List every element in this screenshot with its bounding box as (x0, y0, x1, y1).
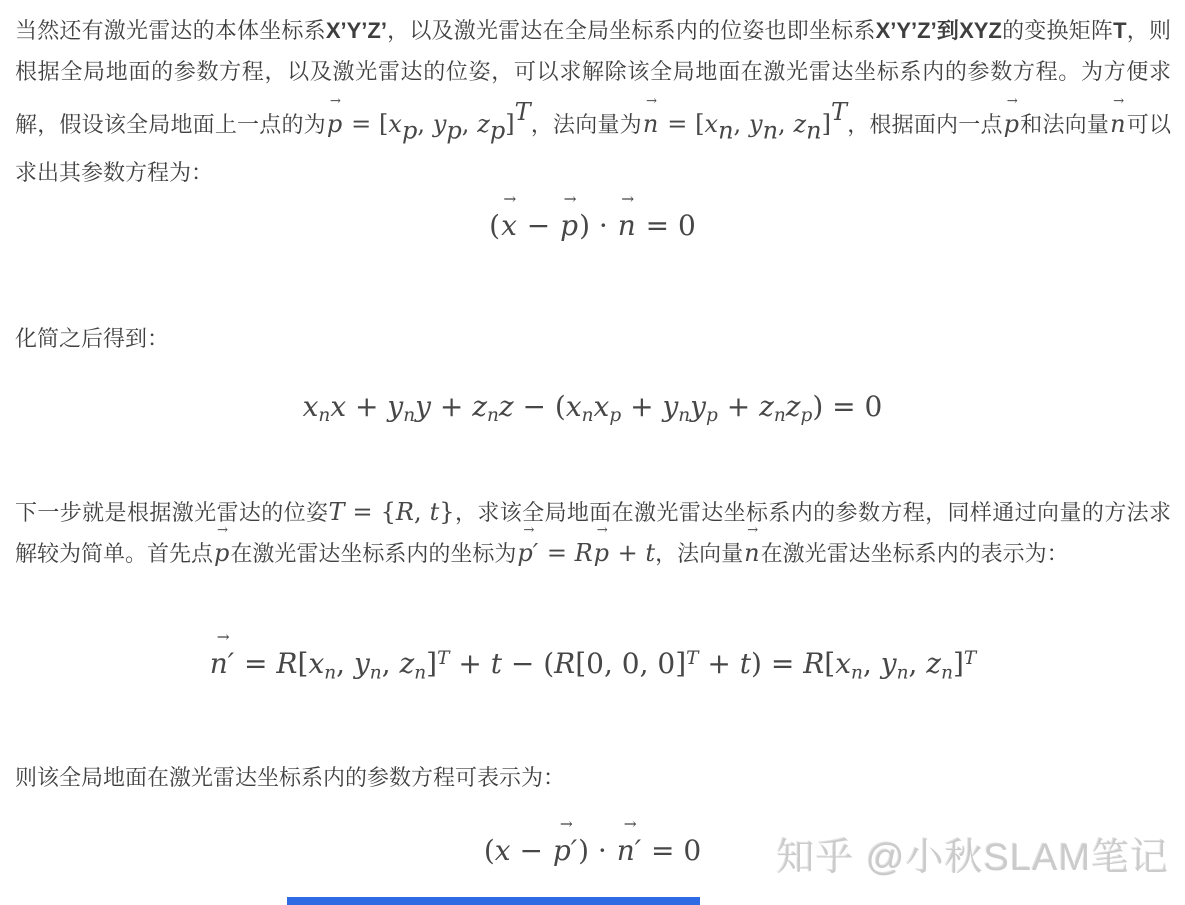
math-run: z (759, 390, 774, 423)
math-run: − (518, 209, 559, 242)
text-run: X’Y’Z’到XYZ (876, 18, 1002, 43)
math-run: z (472, 390, 487, 423)
math-run: + (621, 390, 662, 423)
math-run: + (610, 539, 645, 567)
vector-symbol: p (594, 539, 609, 567)
vector-symbol: p (560, 209, 578, 242)
math-run: t (645, 539, 655, 567)
math-run: y (662, 390, 678, 423)
text-run: 当然还有激光雷达的本体坐标系 (15, 18, 326, 43)
math-run: z (499, 390, 514, 423)
math-run: ( (489, 209, 500, 242)
vector-symbol: x (501, 209, 517, 242)
math-run: = 0 (637, 209, 696, 242)
vector-symbol: n′ (210, 647, 234, 680)
math-run: ) · (578, 834, 616, 867)
vector-symbol: p′ (517, 539, 538, 567)
math-run: →n′ (209, 641, 235, 687)
paragraph-conclusion: 则该全局地面在激光雷达坐标系内的参数方程可表示为： (15, 757, 1171, 798)
math-run: x (495, 834, 511, 867)
equation-plane-expanded: xnx + yny + znz − (xnxp + ynyp + znzp) =… (0, 384, 1185, 439)
math-run: } (439, 498, 454, 526)
math-run: n (763, 117, 778, 145)
math-run: t (430, 498, 440, 526)
math-run: x (330, 390, 346, 423)
math-run: z (477, 110, 490, 138)
text-run: 下一步就是根据激光雷达的位姿 (15, 500, 328, 525)
math-run: y (881, 647, 897, 680)
math-run: t (740, 647, 751, 680)
math-run: + (431, 390, 472, 423)
math-run: , (462, 110, 477, 138)
vector-arrow-icon: → (646, 95, 657, 108)
text-run: 则该全局地面在激光雷达坐标系内的参数方程可表示为： (15, 765, 565, 790)
math-run: ] (426, 647, 437, 680)
math-run: y (415, 390, 431, 423)
math-run: x (594, 390, 610, 423)
math-run: x (388, 110, 402, 138)
equation-normal-transform: →n′ = R[xn, yn, zn]T + t − (R[0, 0, 0]T … (0, 636, 1185, 696)
vector-arrow-icon: → (560, 817, 573, 832)
math-run: R (276, 647, 297, 680)
math-run: , (734, 110, 749, 138)
math-run: p (446, 117, 461, 145)
math-run: →n (743, 533, 760, 574)
math-run: [ (298, 647, 309, 680)
math-run: T (515, 98, 531, 126)
math-run: + (698, 647, 739, 680)
math-run: , (417, 110, 432, 138)
math-run: ] (505, 110, 514, 138)
math-run: ] (822, 110, 831, 138)
vector-symbol: n (1110, 110, 1125, 138)
text-run: T (1113, 18, 1126, 43)
vector-arrow-icon: → (330, 95, 341, 108)
math-run: = (539, 539, 574, 567)
math-run: ) · (579, 209, 617, 242)
math-run: z (400, 647, 415, 680)
math-run: + (449, 647, 490, 680)
math-run: = 0 (642, 834, 701, 867)
math-run: T (686, 648, 698, 669)
math-run: y (433, 110, 447, 138)
math-run: , (336, 647, 354, 680)
math-run: = [ (343, 110, 388, 138)
vector-arrow-icon: → (564, 192, 577, 207)
math-run: n (941, 662, 953, 683)
math-run: n (851, 662, 863, 683)
math-run: y (690, 390, 706, 423)
math-run: n (403, 405, 415, 426)
vector-symbol: p′ (553, 834, 577, 867)
vector-symbol: n (744, 539, 759, 567)
math-run: y (749, 110, 763, 138)
math-run: p (706, 405, 718, 426)
math-run: = (235, 647, 276, 680)
math-run: R (575, 539, 593, 567)
math-run: n (370, 662, 382, 683)
equation-plane-vector-form: (→x − →p) · →n = 0 (0, 203, 1185, 249)
vector-symbol: p (214, 539, 229, 567)
math-run: →p (559, 203, 579, 249)
vector-symbol: n′ (617, 834, 641, 867)
text-run: ，法向量为 (531, 112, 642, 137)
text-run: 在激光雷达坐标系内的表示为： (761, 541, 1069, 566)
math-run: →x (500, 203, 518, 249)
math-run: = { (344, 498, 395, 526)
math-run: n (324, 662, 336, 683)
vector-arrow-icon: → (1007, 95, 1018, 108)
math-run: R (396, 498, 414, 526)
math-run: = [ (659, 110, 704, 138)
math-run: z (926, 647, 941, 680)
math-run: →p (1003, 104, 1020, 145)
math-run: n (582, 405, 594, 426)
math-run: [ (824, 647, 835, 680)
vector-symbol: n (618, 209, 636, 242)
math-run: →n (642, 104, 659, 145)
math-run: ] (953, 647, 964, 680)
math-run: n (678, 405, 690, 426)
text-run: ，以及激光雷达在全局坐标系内的位姿也即坐标系 (387, 18, 876, 43)
math-run: T (437, 648, 449, 669)
math-run: T (328, 498, 344, 526)
math-run: p (402, 117, 417, 145)
vector-arrow-icon: → (217, 630, 230, 645)
vector-symbol: p (327, 110, 342, 138)
paragraph-intro: 当然还有激光雷达的本体坐标系X’Y’Z’，以及激光雷达在全局坐标系内的位姿也即坐… (15, 10, 1171, 193)
math-run: + (346, 390, 387, 423)
math-run: p (609, 405, 621, 426)
math-run: , (414, 498, 430, 526)
math-run: y (387, 390, 403, 423)
math-run: x (835, 647, 851, 680)
math-run: n (414, 662, 426, 683)
math-run: z (786, 390, 801, 423)
math-run: T (831, 98, 847, 126)
math-run: t (491, 647, 502, 680)
bottom-blue-bar (287, 897, 700, 905)
math-run: ) = (751, 647, 803, 680)
math-run: , (863, 647, 881, 680)
text-run: X’Y’Z’ (326, 18, 387, 43)
vector-symbol: p (1004, 110, 1019, 138)
text-run: 的变换矩阵 (1002, 18, 1113, 43)
math-run: →p (593, 533, 610, 574)
math-run: n (718, 117, 733, 145)
text-run: 化简之后得到： (15, 326, 169, 351)
math-run: →p (326, 104, 343, 145)
vector-arrow-icon: → (597, 524, 608, 537)
math-run: x (705, 110, 719, 138)
math-run: x (566, 390, 582, 423)
math-run: →n′ (616, 828, 642, 874)
math-run: , (778, 110, 793, 138)
vector-arrow-icon: → (624, 817, 637, 832)
text-run: 在激光雷达坐标系内的坐标为 (230, 541, 516, 566)
math-run: n (487, 405, 499, 426)
math-run: y (354, 647, 370, 680)
math-run: T (964, 648, 976, 669)
text-run: ，根据面内一点 (847, 112, 1003, 137)
math-run: − ( (514, 390, 566, 423)
math-run: x (303, 390, 319, 423)
math-run: − (511, 834, 552, 867)
vector-symbol: n (643, 110, 658, 138)
math-run: [0, 0, 0] (575, 647, 686, 680)
vector-arrow-icon: → (747, 524, 758, 537)
math-run: R (803, 647, 824, 680)
paragraph-next-step: 下一步就是根据激光雷达的位姿T = {R, t}，求该全局地面在激光雷达坐标系内… (15, 492, 1171, 574)
math-run: n (806, 117, 821, 145)
zhihu-watermark: 知乎 @小秋SLAM笔记 (776, 836, 1169, 880)
math-run: p (801, 405, 813, 426)
math-run: n (774, 405, 786, 426)
math-run: + (718, 390, 759, 423)
math-run: ) = 0 (812, 390, 882, 423)
math-run: →n (617, 203, 637, 249)
math-run: →p′ (552, 828, 578, 874)
math-run: ( (484, 834, 495, 867)
text-run: ，法向量 (655, 541, 743, 566)
paragraph-simplify: 化简之后得到： (15, 318, 1171, 359)
math-run: − ( (502, 647, 554, 680)
math-run: p (490, 117, 505, 145)
math-run: →n (1109, 104, 1126, 145)
math-run: R (554, 647, 575, 680)
math-run: →p′ (516, 533, 539, 574)
math-run: n (318, 405, 330, 426)
vector-arrow-icon: → (621, 192, 634, 207)
article-page: 当然还有激光雷达的本体坐标系X’Y’Z’，以及激光雷达在全局坐标系内的位姿也即坐… (0, 0, 1185, 905)
math-run: , (382, 647, 400, 680)
vector-arrow-icon: → (1113, 95, 1124, 108)
math-run: z (794, 110, 807, 138)
text-run: 和法向量 (1020, 112, 1109, 137)
vector-arrow-icon: → (523, 524, 534, 537)
math-run: , (908, 647, 926, 680)
math-run: →p (213, 533, 230, 574)
vector-arrow-icon: → (503, 192, 516, 207)
vector-arrow-icon: → (217, 524, 228, 537)
math-run: n (897, 662, 909, 683)
math-run: x (308, 647, 324, 680)
